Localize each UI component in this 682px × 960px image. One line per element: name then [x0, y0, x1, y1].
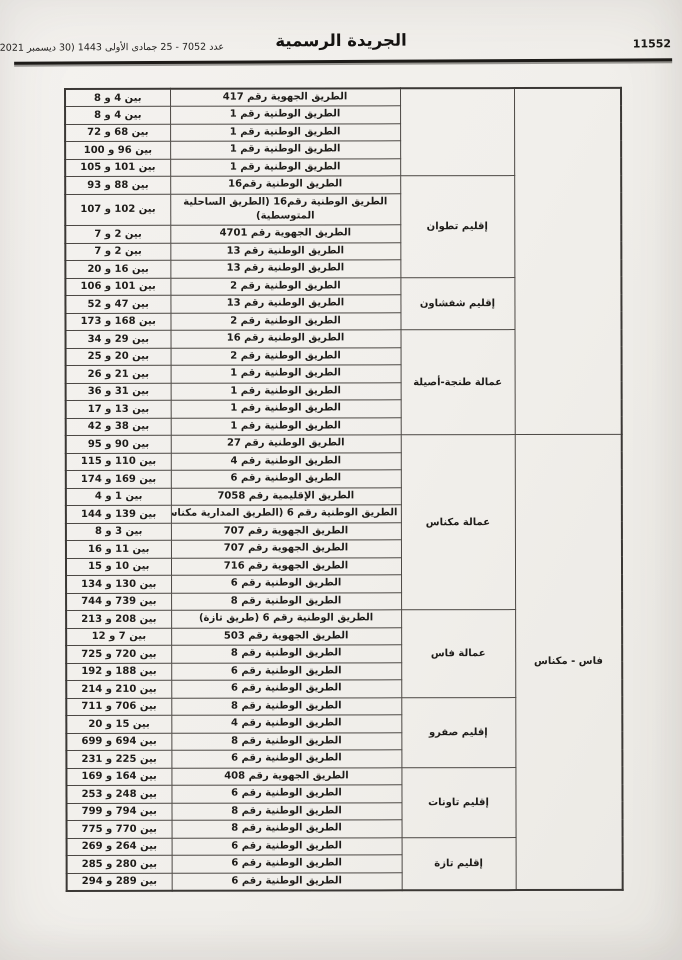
road-cell: الطريق الوطنية رقم 6 — [171, 785, 401, 803]
road-cell: الطريق الجهوية رقم 716 — [171, 557, 401, 575]
road-name: الطريق الجهوية رقم 707 — [174, 524, 397, 539]
road-cell: الطريق الوطنية رقم 1 — [171, 400, 401, 418]
road-name: الطريق الوطنية رقم 27 — [174, 437, 397, 452]
road-cell: الطريق الوطنية رقم 1 — [171, 417, 401, 435]
road-cell: الطريق الوطنية رقم 6 — [172, 837, 402, 855]
road-cell: الطريق الوطنية رقم 8 — [171, 697, 401, 715]
road-name: الطريق الوطنية رقم 8 — [175, 647, 398, 662]
road-name: الطريق الوطنية رقم 2 — [174, 279, 397, 294]
road-cell: الطريق الوطنية رقم 6 (طريق تازة) — [171, 610, 401, 628]
km-range-cell: بين 130 و 134 — [66, 575, 171, 593]
km-range-cell: بين 21 و 26 — [66, 365, 171, 383]
road-cell: الطريق الوطنية رقم 4 — [171, 452, 401, 470]
road-name: الطريق الوطنية رقم 1 — [174, 160, 397, 175]
header-divider — [14, 58, 672, 64]
road-name: الطريق الوطنية رقم 13 — [174, 297, 397, 312]
road-cell: الطريق الوطنية رقم 6 — [171, 680, 401, 698]
km-range-cell: بين 168 و 173 — [65, 313, 170, 331]
km-range-cell: بين 248 و 253 — [66, 785, 171, 803]
province-cell: إقليم تاونات — [401, 767, 515, 837]
km-range-cell: بين 101 و 105 — [65, 159, 170, 177]
road-name: الطريق الوطنية رقم 1 — [174, 125, 397, 140]
road-cell: الطريق الوطنية رقم 8 — [171, 645, 401, 663]
road-name: الطريق الوطنية رقم 6 (طريق تازة) — [175, 612, 398, 627]
km-range-cell: بين 4 و 8 — [65, 89, 170, 107]
km-range-cell: بين 280 و 285 — [67, 855, 172, 873]
road-name: الطريق الوطنية رقم 2 — [174, 349, 397, 364]
road-cell: الطريق الجهوية رقم 707 — [171, 522, 401, 540]
road-cell: الطريق الوطنية رقم16 — [170, 176, 400, 194]
road-name: الطريق الإقليمية رقم 7058 — [174, 489, 397, 504]
page-header: عدد 7052 - 25 جمادى الأولى 1443 (30 ديسم… — [0, 0, 682, 72]
road-cell: الطريق الوطنية رقم 4 — [171, 715, 401, 733]
km-range-cell: بين 15 و 20 — [66, 715, 171, 733]
road-name: الطريق الجهوية رقم 503 — [175, 629, 398, 644]
province-cell: إقليم تطوان — [400, 176, 514, 278]
km-range-cell: بين 1 و 4 — [66, 488, 171, 506]
road-name: الطريق الجهوية رقم 408 — [175, 769, 398, 784]
road-name: الطريق الوطنية رقم 6 — [174, 472, 397, 487]
road-cell: الطريق الوطنية رقم16 (الطريق الساحلية ال… — [170, 193, 400, 225]
road-name: الطريق الوطنية رقم 6 — [175, 664, 398, 679]
km-range-cell: بين 720 و 725 — [66, 645, 171, 663]
km-range-cell: بين 88 و 93 — [65, 176, 170, 194]
road-cell: الطريق الوطنية رقم 6 — [171, 575, 401, 593]
province-cell: عمالة طنجة-أصيلة — [401, 330, 515, 435]
km-range-cell: بين 47 و 52 — [65, 295, 170, 313]
road-name: الطريق الوطنية رقم 13 — [174, 244, 397, 259]
road-cell: الطريق الجهوية رقم 707 — [171, 540, 401, 558]
road-cell: الطريق الوطنية رقم 16 — [171, 330, 401, 348]
road-cell: الطريق الوطنية رقم 6 — [171, 750, 401, 768]
km-range-cell: بين 188 و 192 — [66, 663, 171, 681]
road-cell: الطريق الجهوية رقم 417 — [170, 88, 400, 106]
road-name: الطريق الوطنية رقم 8 — [175, 734, 398, 749]
gazette-title: الجريدة الرسمية — [0, 29, 682, 52]
road-cell: الطريق الوطنية رقم 27 — [171, 435, 401, 453]
km-range-cell: بين 16 و 20 — [65, 260, 170, 278]
road-name: الطريق الوطنية رقم 6 — [175, 682, 398, 697]
road-cell: الطريق الوطنية رقم 8 — [172, 820, 402, 838]
road-name: الطريق الوطنية رقم16 (الطريق الساحلية ال… — [174, 195, 397, 224]
km-range-cell: بين 770 و 775 — [67, 820, 172, 838]
road-name: الطريق الوطنية رقم 16 — [174, 332, 397, 347]
km-range-cell: بين 164 و 169 — [66, 768, 171, 786]
km-range-cell: بين 110 و 115 — [66, 453, 171, 471]
km-range-cell: بين 68 و 72 — [65, 124, 170, 142]
roads-table: الطريق الجهوية رقم 417بين 4 و 8الطريق ال… — [64, 87, 624, 892]
road-name: الطريق الوطنية رقم 4 — [174, 454, 397, 469]
road-cell: الطريق الوطنية رقم 1 — [170, 106, 400, 124]
road-name: الطريق الوطنية رقم 6 — [175, 577, 398, 592]
km-range-cell: بين 2 و 7 — [65, 243, 170, 261]
km-range-cell: بين 210 و 214 — [66, 680, 171, 698]
road-cell: الطريق الوطنية رقم 6 — [171, 470, 401, 488]
km-range-cell: بين 225 و 231 — [66, 750, 171, 768]
road-cell: الطريق الجهوية رقم 503 — [171, 627, 401, 645]
km-range-cell: بين 102 و 107 — [65, 194, 170, 226]
km-range-cell: بين 264 و 269 — [67, 838, 172, 856]
km-range-cell: بين 169 و 174 — [66, 470, 171, 488]
km-range-cell: بين 694 و 699 — [66, 733, 171, 751]
road-cell: الطريق الوطنية رقم 8 — [171, 732, 401, 750]
road-name: الطريق الوطنية رقم 1 — [174, 367, 397, 382]
road-cell: الطريق الوطنية رقم 6 — [172, 872, 402, 890]
km-range-cell: بين 13 و 17 — [66, 400, 171, 418]
road-name: الطريق الوطنية رقم 6 — [175, 752, 398, 767]
km-range-cell: بين 7 و 12 — [66, 628, 171, 646]
road-name: الطريق الوطنية رقم 1 — [174, 108, 397, 123]
road-name: الطريق الجهوية رقم 716 — [174, 559, 397, 574]
road-name: الطريق الوطنية رقم 1 — [174, 143, 397, 158]
province-cell — [400, 88, 514, 176]
road-cell: الطريق الإقليمية رقم 7058 — [171, 487, 401, 505]
road-cell: الطريق الوطنية رقم 8 — [171, 592, 401, 610]
province-cell: عمالة مكناس — [401, 435, 515, 610]
road-cell: الطريق الوطنية رقم 6 (الطريق المدارية مك… — [171, 505, 401, 523]
roads-table-body: الطريق الجهوية رقم 417بين 4 و 8الطريق ال… — [65, 88, 623, 891]
road-name: الطريق الوطنية رقم16 — [174, 178, 397, 193]
road-name: الطريق الوطنية رقم 8 — [175, 804, 398, 819]
km-range-cell: بين 96 و 100 — [65, 141, 170, 159]
road-name: الطريق الوطنية رقم 6 — [175, 874, 398, 889]
road-cell: الطريق الوطنية رقم 13 — [170, 295, 400, 313]
km-range-cell: بين 20 و 25 — [66, 348, 171, 366]
table-row: فاس - مكناسعمالة مكناسالطريق الوطنية رقم… — [66, 434, 622, 453]
road-name: الطريق الوطنية رقم 1 — [174, 402, 397, 417]
province-cell: إقليم صفرو — [401, 697, 515, 767]
road-name: الطريق الوطنية رقم 6 (الطريق المدارية مك… — [174, 507, 397, 522]
road-cell: الطريق الوطنية رقم 8 — [171, 802, 401, 820]
km-range-cell: بين 11 و 16 — [66, 540, 171, 558]
road-cell: الطريق الوطنية رقم 2 — [170, 312, 400, 330]
km-range-cell: بين 794 و 799 — [66, 803, 171, 821]
road-cell: الطريق الوطنية رقم 1 — [171, 365, 401, 383]
km-range-cell: بين 29 و 34 — [66, 330, 171, 348]
km-range-cell: بين 10 و 15 — [66, 558, 171, 576]
province-cell: عمالة فاس — [401, 610, 515, 698]
province-cell: إقليم تازة — [402, 837, 516, 890]
km-range-cell: بين 208 و 213 — [66, 610, 171, 628]
table-row: الطريق الجهوية رقم 417بين 4 و 8 — [65, 88, 621, 107]
road-cell: الطريق الوطنية رقم 1 — [170, 141, 400, 159]
road-name: الطريق الجهوية رقم 707 — [174, 542, 397, 557]
km-range-cell: بين 38 و 42 — [66, 418, 171, 436]
road-cell: الطريق الوطنية رقم 2 — [171, 347, 401, 365]
road-cell: الطريق الجهوية رقم 4701 — [170, 225, 400, 243]
page-number: 11552 — [633, 37, 671, 50]
road-name: الطريق الوطنية رقم 2 — [174, 314, 397, 329]
road-name: الطريق الوطنية رقم 6 — [175, 839, 398, 854]
km-range-cell: بين 2 و 7 — [65, 225, 170, 243]
road-name: الطريق الجهوية رقم 417 — [174, 90, 397, 105]
km-range-cell: بين 139 و 144 — [66, 505, 171, 523]
km-range-cell: بين 4 و 8 — [65, 106, 170, 124]
road-cell: الطريق الجهوية رقم 408 — [171, 767, 401, 785]
road-name: الطريق الوطنية رقم 4 — [175, 717, 398, 732]
road-cell: الطريق الوطنية رقم 6 — [171, 662, 401, 680]
road-name: الطريق الوطنية رقم 6 — [175, 857, 398, 872]
road-cell: الطريق الوطنية رقم 1 — [171, 382, 401, 400]
gazette-page: عدد 7052 - 25 جمادى الأولى 1443 (30 ديسم… — [0, 0, 682, 960]
province-cell: إقليم شفشاون — [400, 277, 514, 330]
km-range-cell: بين 739 و 744 — [66, 593, 171, 611]
road-name: الطريق الوطنية رقم 6 — [175, 787, 398, 802]
region-cell — [514, 88, 622, 435]
road-name: الطريق الوطنية رقم 8 — [175, 594, 398, 609]
road-cell: الطريق الوطنية رقم 13 — [170, 260, 400, 278]
km-range-cell: بين 706 و 711 — [66, 698, 171, 716]
km-range-cell: بين 90 و 95 — [66, 435, 171, 453]
region-cell: فاس - مكناس — [515, 434, 623, 889]
km-range-cell: بين 31 و 36 — [66, 383, 171, 401]
road-cell: الطريق الوطنية رقم 2 — [170, 277, 400, 295]
road-name: الطريق الوطنية رقم 8 — [175, 822, 398, 837]
road-name: الطريق الجهوية رقم 4701 — [174, 227, 397, 242]
road-name: الطريق الوطنية رقم 8 — [175, 699, 398, 714]
road-name: الطريق الوطنية رقم 1 — [174, 384, 397, 399]
road-name: الطريق الوطنية رقم 13 — [174, 262, 397, 277]
road-cell: الطريق الوطنية رقم 13 — [170, 242, 400, 260]
road-cell: الطريق الوطنية رقم 6 — [172, 855, 402, 873]
km-range-cell: بين 101 و 106 — [65, 278, 170, 296]
road-name: الطريق الوطنية رقم 1 — [174, 419, 397, 434]
km-range-cell: بين 3 و 8 — [66, 523, 171, 541]
road-cell: الطريق الوطنية رقم 1 — [170, 158, 400, 176]
km-range-cell: بين 289 و 294 — [67, 873, 172, 891]
road-cell: الطريق الوطنية رقم 1 — [170, 123, 400, 141]
